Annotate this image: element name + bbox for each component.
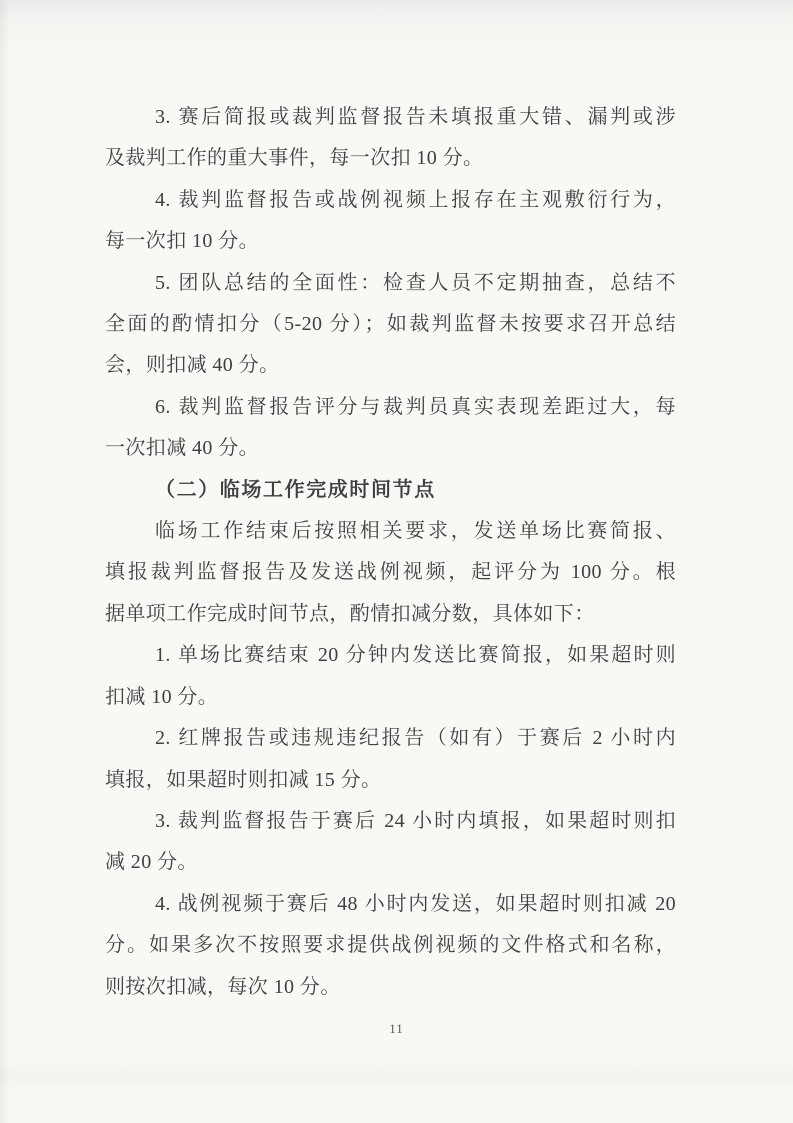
text-line: 4. 裁判监督报告或战例视频上报存在主观敷衍行为， <box>105 180 676 221</box>
text-line: 1. 单场比赛结束 20 分钟内发送比赛简报，如果超时则 <box>105 635 676 676</box>
scan-shadow-bottom <box>0 1062 793 1090</box>
text-line: 填报裁判监督报告及发送战例视频，起评分为 100 分。根 <box>105 552 676 593</box>
scan-shadow-left <box>0 0 10 1123</box>
text-line: 一次扣减 40 分。 <box>105 428 676 469</box>
text-line: 分。如果多次不按照要求提供战例视频的文件格式和名称， <box>105 925 676 966</box>
text-line: 减 20 分。 <box>105 842 676 883</box>
text-line: 扣减 10 分。 <box>105 677 676 718</box>
document-body: 3. 赛后简报或裁判监督报告未填报重大错、漏判或涉及裁判工作的重大事件，每一次扣… <box>105 97 676 1008</box>
text-line: 2. 红牌报告或违规违纪报告（如有）于赛后 2 小时内 <box>105 718 676 759</box>
text-line: 4. 战例视频于赛后 48 小时内发送，如果超时则扣减 20 <box>105 884 676 925</box>
page-number: 11 <box>0 1020 793 1038</box>
text-line: 及裁判工作的重大事件，每一次扣 10 分。 <box>105 138 676 179</box>
text-line: 6. 裁判监督报告评分与裁判员真实表现差距过大，每 <box>105 387 676 428</box>
text-line: 临场工作结束后按照相关要求，发送单场比赛简报、 <box>105 511 676 552</box>
text-line: 3. 赛后简报或裁判监督报告未填报重大错、漏判或涉 <box>105 97 676 138</box>
text-line: 则按次扣减，每次 10 分。 <box>105 967 676 1008</box>
text-line: 据单项工作完成时间节点，酌情扣减分数，具体如下： <box>105 594 676 635</box>
text-line: 5. 团队总结的全面性：检查人员不定期抽查，总结不 <box>105 263 676 304</box>
text-line: 填报，如果超时则扣减 15 分。 <box>105 760 676 801</box>
text-line: 会，则扣减 40 分。 <box>105 345 676 386</box>
text-line: 全面的酌情扣分（5-20 分）；如裁判监督未按要求召开总结 <box>105 304 676 345</box>
scan-shadow-top <box>0 0 793 55</box>
section-heading-line: （二）临场工作完成时间节点 <box>105 470 676 511</box>
text-line: 3. 裁判监督报告于赛后 24 小时内填报，如果超时则扣 <box>105 801 676 842</box>
document-page: 3. 赛后简报或裁判监督报告未填报重大错、漏判或涉及裁判工作的重大事件，每一次扣… <box>0 0 793 1123</box>
text-line: 每一次扣 10 分。 <box>105 221 676 262</box>
